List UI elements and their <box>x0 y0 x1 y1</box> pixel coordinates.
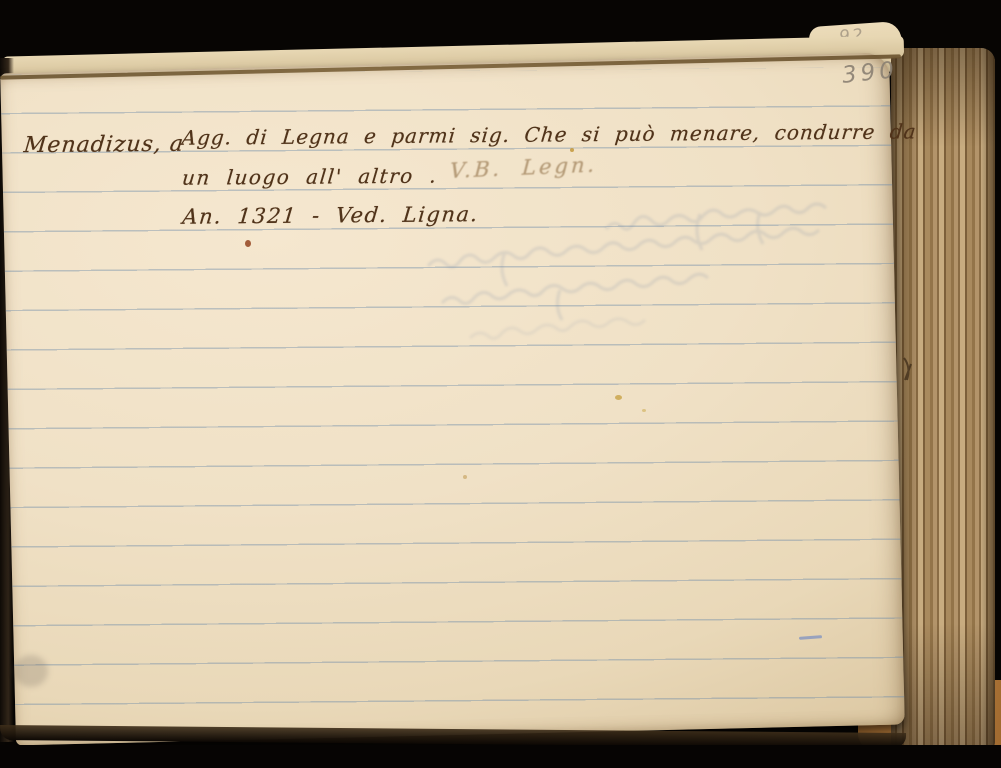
definition-line-1: Agg. di Legna e parmi sig. Che si può me… <box>181 119 918 149</box>
definition-line-2: un luogo all' altro . <box>181 164 439 190</box>
manuscript-photo: 92 Menadizus, a Agg. di Legna e parmi si… <box>0 0 1001 768</box>
reference-line: An. 1321 - Ved. Ligna. <box>181 202 480 229</box>
faded-erased-note: V.B. Legn. <box>449 153 598 183</box>
fox-spot <box>463 475 467 479</box>
gray-smudge <box>14 655 48 687</box>
fox-spot <box>570 148 574 152</box>
background-bottom <box>0 745 1001 768</box>
fox-spot <box>615 395 622 400</box>
entry-headword: Menadizus, a <box>23 132 186 158</box>
fox-spot <box>642 409 646 412</box>
fox-spot <box>245 240 251 247</box>
handwriting-layer: Menadizus, a Agg. di Legna e parmi sig. … <box>0 0 1001 768</box>
